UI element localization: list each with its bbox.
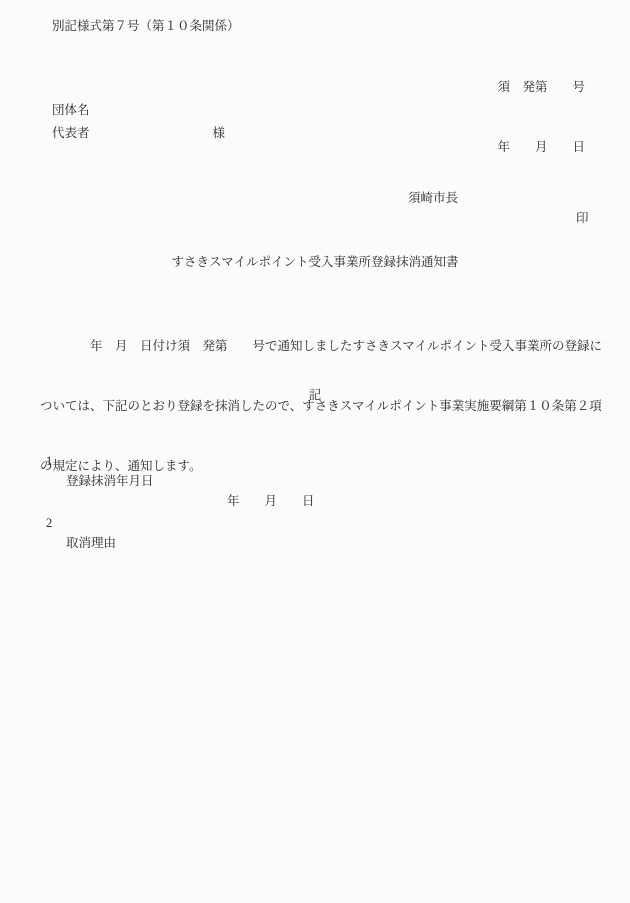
document-page: 別記様式第７号（第１０条関係） 須 発第 号 年 月 日 団体名 代表者様 須崎… — [0, 0, 630, 903]
seal-mark: 印 — [576, 208, 589, 228]
list-item-registration-removal-date: 1 登録抹消年月日 年 月 日 — [0, 431, 630, 451]
form-number: 別記様式第７号（第１０条関係） — [52, 16, 240, 36]
organization-name-label: 団体名 — [52, 100, 90, 120]
list-item-cancellation-reason: 2 取消理由 — [0, 493, 630, 513]
list-marker-ki: 記 — [0, 385, 630, 405]
item-number: 2 — [46, 513, 52, 533]
document-title: すさきスマイルポイント受入事業所登録抹消通知書 — [0, 252, 630, 272]
item-number: 1 — [46, 451, 52, 471]
representative-label: 代表者 — [52, 126, 90, 140]
mayor-label: 須崎市長 — [408, 188, 458, 208]
doc-number-line: 須 発第 号 — [497, 77, 585, 97]
item-label: 取消理由 — [66, 533, 116, 553]
sender-line: 須崎市長 印 — [0, 168, 630, 188]
issue-date-line: 年 月 日 — [497, 137, 585, 157]
honorific-sama: 様 — [213, 126, 226, 140]
item-label: 登録抹消年月日 — [66, 471, 154, 491]
body-line-1: 年 月 日付け須 発第 号で通知しましたすさきスマイルポイント受入事業所の登録に — [40, 336, 602, 356]
representative-line: 代表者様 — [52, 123, 225, 143]
